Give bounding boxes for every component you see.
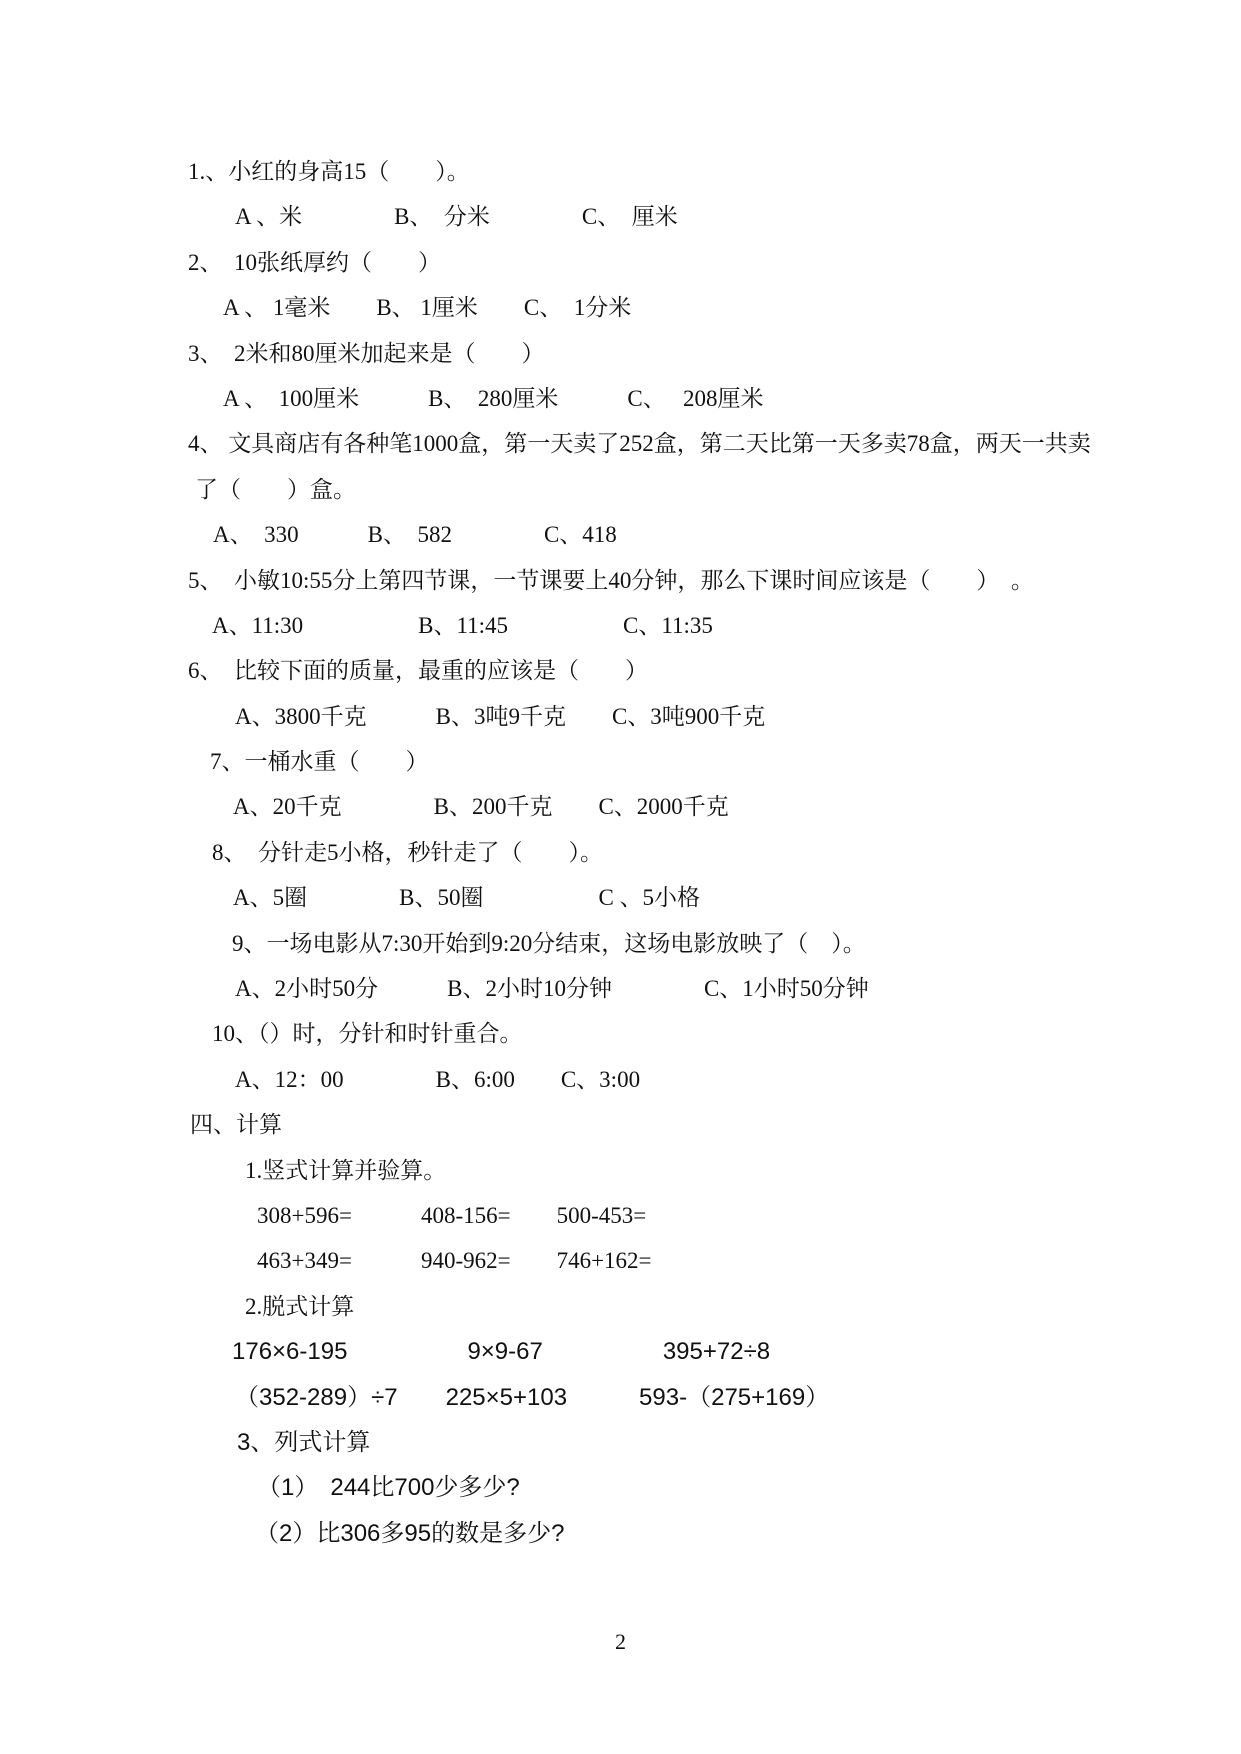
question-6-stem: 6、 比较下面的质量，最重的应该是（ ）	[188, 648, 1151, 693]
question-3-stem: 3、 2米和80厘米加起来是（ ）	[188, 331, 1151, 376]
stepwise-calc-row-1: 176×6-195 9×9-67 395+72÷8	[232, 1329, 1151, 1374]
question-8-options: A、5圈 B、50圈 C 、5小格	[233, 875, 1151, 920]
question-2-options: A 、 1毫米 B、 1厘米 C、 1分米	[223, 285, 1151, 330]
question-3-options: A 、 100厘米 B、 280厘米 C、 208厘米	[223, 376, 1151, 421]
question-10-stem: 10、（）时，分针和时针重合。	[212, 1011, 1151, 1056]
question-4-stem-line2: 了（ ）盒。	[195, 467, 1151, 512]
worksheet-page: 1.、小红的身高15（ ）。 A 、米 B、 分米 C、 厘米 2、 10张纸厚…	[0, 0, 1241, 1754]
question-1-stem: 1.、小红的身高15（ ）。	[188, 149, 1151, 194]
question-7-stem: 7、一桶水重（ ）	[210, 739, 1151, 784]
stepwise-calc-row-2: （352-289）÷7 225×5+103 593-（275+169）	[235, 1375, 1151, 1420]
question-8-stem: 8、 分针走5小格，秒针走了（ ）。	[212, 830, 1151, 875]
section-4-title: 四、计算	[190, 1102, 1151, 1147]
question-4-stem-line1: 4、 文具商店有各种笔1000盒，第一天卖了252盒，第二天比第一天多卖78盒，…	[188, 421, 1151, 466]
worksheet-content: 1.、小红的身高15（ ）。 A 、米 B、 分米 C、 厘米 2、 10张纸厚…	[160, 149, 1151, 1556]
question-6-options: A、3800千克 B、3吨9千克 C、3吨900千克	[235, 694, 1151, 739]
question-9-stem: 9、一场电影从7:30开始到9:20分结束，这场电影放映了（ ）。	[232, 921, 1151, 966]
question-9-options: A、2小时50分 B、2小时10分钟 C、1小时50分钟	[235, 966, 1151, 1011]
subsection-2-title: 2.脱式计算	[245, 1284, 1151, 1329]
question-7-options: A、20千克 B、200千克 C、2000千克	[233, 784, 1151, 829]
expression-item-1: （1） 244比700少多少?	[257, 1465, 1151, 1510]
vertical-calc-row-1: 308+596= 408-156= 500-453=	[257, 1193, 1151, 1238]
expression-item-2: （2）比306多95的数是多少?	[255, 1511, 1151, 1556]
question-2-stem: 2、 10张纸厚约（ ）	[188, 240, 1151, 285]
question-10-options: A、12：00 B、6:00 C、3:00	[235, 1057, 1151, 1102]
question-4-options: A、 330 B、 582 C、418	[213, 512, 1151, 557]
question-5-options: A、11:30 B、11:45 C、11:35	[212, 603, 1151, 648]
page-number: 2	[0, 1619, 1241, 1664]
subsection-3-title: 3、列式计算	[237, 1420, 1151, 1465]
vertical-calc-row-2: 463+349= 940-962= 746+162=	[257, 1238, 1151, 1283]
question-1-options: A 、米 B、 分米 C、 厘米	[235, 194, 1151, 239]
question-5-stem: 5、 小敏10:55分上第四节课，一节课要上40分钟，那么下课时间应该是（ ） …	[188, 558, 1151, 603]
subsection-1-title: 1.竖式计算并验算。	[245, 1148, 1151, 1193]
